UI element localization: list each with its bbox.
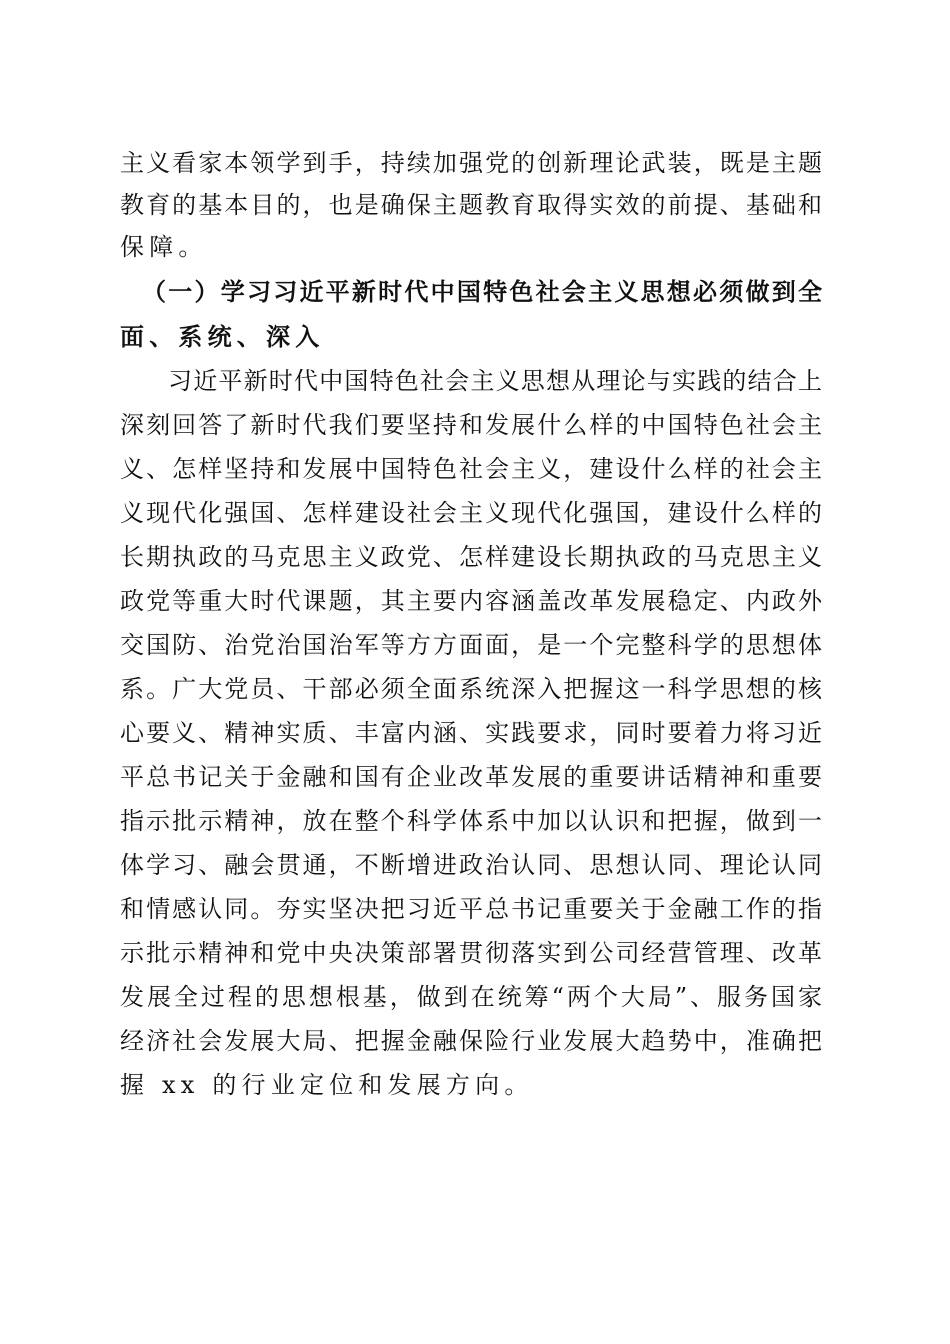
body-text-line: 发展全过程的思想根基，做到在统筹“两个大局”、服务国家: [120, 977, 822, 1017]
body-text-line: 示批示精神和党中央决策部署贯彻落实到公司经营管理、改革: [120, 933, 822, 973]
body-text-line: 握 xx 的行业定位和发展方向。: [120, 1065, 822, 1105]
section-heading-line: 面、系统、深入: [120, 317, 822, 357]
body-text-line: 系。广大党员、干部必须全面系统深入把握这一科学思想的核: [120, 669, 822, 709]
body-text-line: 教育的基本目的，也是确保主题教育取得实效的前提、基础和: [120, 185, 822, 225]
body-text-line: 平总书记关于金融和国有企业改革发展的重要讲话精神和重要: [120, 757, 822, 797]
body-text-line: 经济社会发展大局、把握金融保险行业发展大趋势中，准确把: [120, 1021, 822, 1061]
document-page: 主义看家本领学到手，持续加强党的创新理论武装，既是主题 教育的基本目的，也是确保…: [0, 0, 950, 1344]
body-text-line: 深刻回答了新时代我们要坚持和发展什么样的中国特色社会主: [120, 405, 822, 445]
body-text-line: 保障。: [120, 227, 822, 267]
body-text-line: 交国防、治党治国治军等方方面面，是一个完整科学的思想体: [120, 625, 822, 665]
body-text-line: 主义看家本领学到手，持续加强党的创新理论武装，既是主题: [120, 143, 822, 183]
section-heading-line: （一）学习习近平新时代中国特色社会主义思想必须做到全: [142, 272, 822, 312]
body-text-line: 心要义、精神实质、丰富内涵、实践要求，同时要着力将习近: [120, 713, 822, 753]
body-text-line: 和情感认同。夯实坚决把习近平总书记重要关于金融工作的指: [120, 889, 822, 929]
body-text-line: 义、怎样坚持和发展中国特色社会主义，建设什么样的社会主: [120, 449, 822, 489]
body-text-line: 政党等重大时代课题，其主要内容涵盖改革发展稳定、内政外: [120, 581, 822, 621]
body-text-line: 长期执政的马克思主义政党、怎样建设长期执政的马克思主义: [120, 537, 822, 577]
body-text-line: 指示批示精神，放在整个科学体系中加以认识和把握，做到一: [120, 801, 822, 841]
body-text-line: 体学习、融会贯通，不断增进政治认同、思想认同、理论认同: [120, 845, 822, 885]
body-text-line: 义现代化强国、怎样建设社会主义现代化强国，建设什么样的: [120, 493, 822, 533]
body-text-line: 习近平新时代中国特色社会主义思想从理论与实践的结合上: [168, 361, 822, 401]
